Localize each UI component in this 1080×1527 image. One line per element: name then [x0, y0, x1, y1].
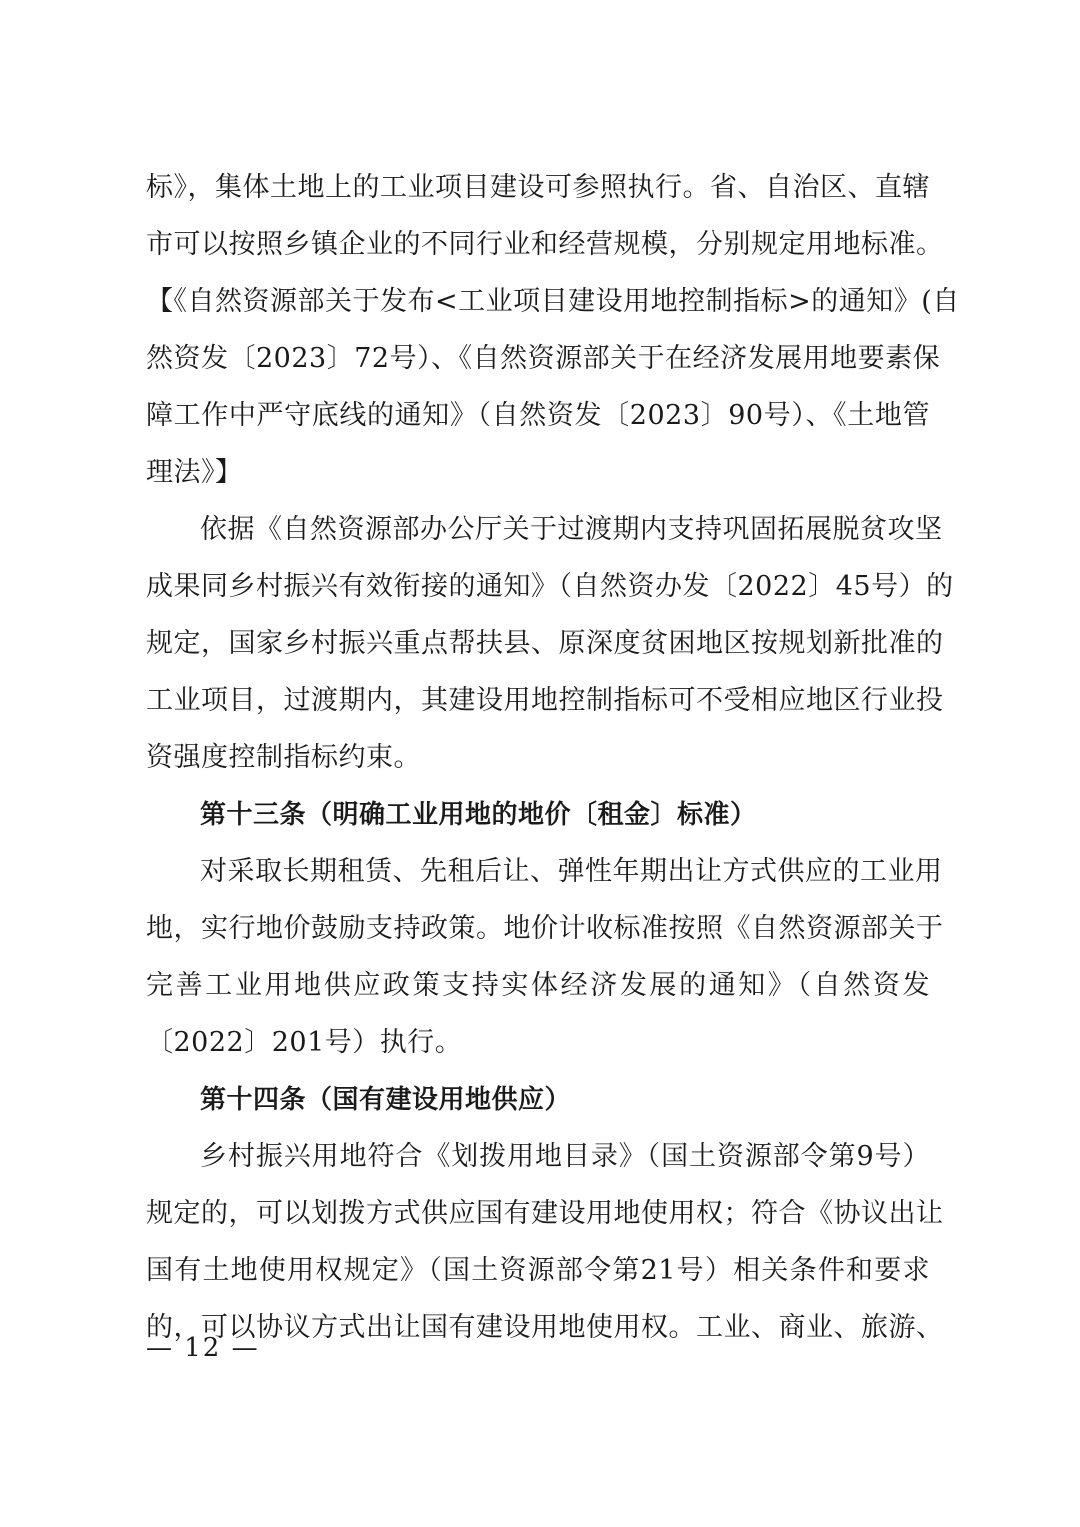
paragraph-line: 规定的，可以划拨方式供应国有建设用地使用权；符合《协议出让	[146, 1196, 930, 1232]
document-page: 标》，集体土地上的工业项目建设可参照执行。省、自治区、直辖 市可以按照乡镇企业的…	[0, 0, 1080, 1527]
paragraph-line: 地，实行地价鼓励支持政策。地价计收标准按照《自然资源部关于	[146, 911, 930, 947]
paragraph-line: 理法》】	[146, 455, 930, 491]
paragraph-line: 乡村振兴用地符合《划拨用地目录》（国土资源部令第9号）	[200, 1139, 930, 1175]
article-14-heading: 第十四条（国有建设用地供应）	[200, 1082, 930, 1118]
paragraph-line: 【《自然资源部关于发布<工业项目建设用地控制指标>的通知》(自	[146, 284, 930, 320]
paragraph-line: 障工作中严守底线的通知》（自然资发〔2023〕90号）、《土地管	[146, 398, 930, 434]
paragraph-line: 〔2022〕201号）执行。	[146, 1025, 930, 1061]
paragraph-line: 完善工业用地供应政策支持实体经济发展的通知》（自然资发	[146, 968, 930, 1004]
paragraph-line: 标》，集体土地上的工业项目建设可参照执行。省、自治区、直辖	[146, 170, 930, 206]
page-number: — 12 —	[146, 1330, 260, 1366]
paragraph-line: 国有土地使用权规定》（国土资源部令第21号）相关条件和要求	[146, 1253, 930, 1289]
paragraph-line: 然资发〔2023〕72号）、《自然资源部关于在经济发展用地要素保	[146, 341, 930, 377]
paragraph-line: 资强度控制指标约束。	[146, 740, 930, 776]
paragraph-line: 市可以按照乡镇企业的不同行业和经营规模，分别规定用地标准。	[146, 227, 930, 263]
paragraph-line: 对采取长期租赁、先租后让、弹性年期出让方式供应的工业用	[200, 854, 930, 890]
paragraph-line: 规定，国家乡村振兴重点帮扶县、原深度贫困地区按规划新批准的	[146, 626, 930, 662]
paragraph-line: 依据《自然资源部办公厅关于过渡期内支持巩固拓展脱贫攻坚	[200, 512, 930, 548]
paragraph-line: 成果同乡村振兴有效衔接的通知》（自然资办发〔2022〕45号）的	[146, 569, 930, 605]
paragraph-line: 工业项目，过渡期内，其建设用地控制指标可不受相应地区行业投	[146, 683, 930, 719]
paragraph-line: 的，可以协议方式出让国有建设用地使用权。工业、商业、旅游、	[146, 1310, 930, 1346]
article-13-heading: 第十三条（明确工业用地的地价〔租金〕标准）	[200, 797, 930, 833]
